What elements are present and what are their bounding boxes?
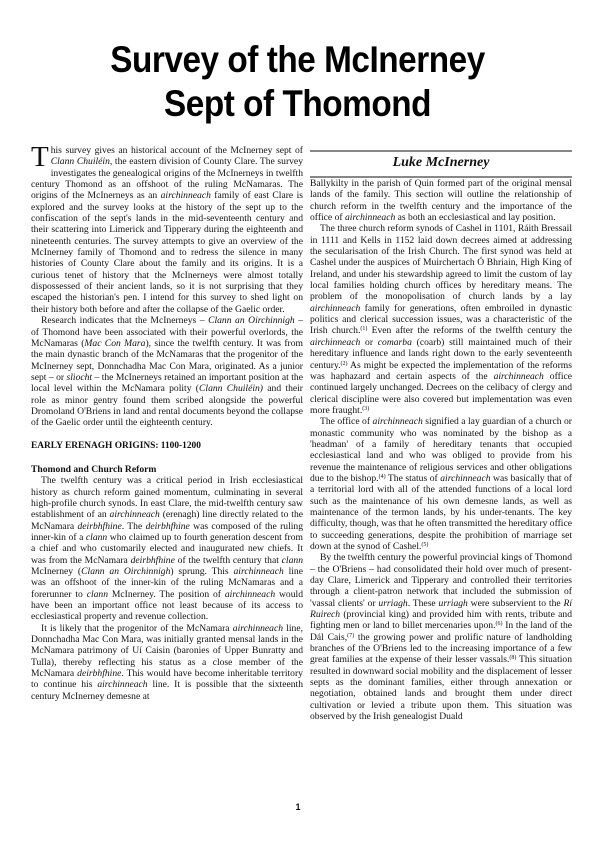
research-paragraph: Research indicates that the McInerneys –… xyxy=(31,315,303,428)
footnote-ref-4[interactable]: (4) xyxy=(379,474,386,480)
footnote-ref-5[interactable]: (5) xyxy=(421,542,428,548)
author-name: Luke McInerney xyxy=(393,155,490,170)
progenitor-paragraph: It is likely that the progenitor of the … xyxy=(31,623,303,702)
footnote-ref-3[interactable]: (3) xyxy=(362,406,369,412)
section-heading: EARLY ERENAGH ORIGINS: 1100-1200 xyxy=(31,441,303,452)
author-byline: Luke McInerney xyxy=(310,150,572,178)
synods-paragraph: The three church reform synods of Cashel… xyxy=(310,223,572,416)
footnote-ref-2[interactable]: (2) xyxy=(341,361,348,367)
title-line-1: Survey of the McInerney xyxy=(30,38,566,82)
drop-cap: T xyxy=(31,146,49,168)
document-page: Survey of the McInerney Sept of Thomond … xyxy=(0,0,595,842)
left-column: This survey gives an historical account … xyxy=(31,145,303,702)
footnote-ref-6[interactable]: (6) xyxy=(496,621,503,627)
title-line-2: Sept of Thomond xyxy=(30,82,566,126)
right-column: Ballykilty in the parish of Quin formed … xyxy=(310,178,572,723)
subsection-heading: Thomond and Church Reform xyxy=(31,464,303,475)
page-title: Survey of the McInerney Sept of Thomond xyxy=(30,38,566,126)
intro-paragraph: This survey gives an historical account … xyxy=(31,145,303,315)
continued-paragraph: Ballykilty in the parish of Quin formed … xyxy=(310,178,572,223)
office-paragraph: The office of airchinneach signified a l… xyxy=(310,416,572,552)
reform-paragraph: The twelfth century was a critical perio… xyxy=(31,475,303,622)
page-number: 1 xyxy=(290,802,306,812)
kings-paragraph: By the twelfth century the powerful prov… xyxy=(310,552,572,722)
